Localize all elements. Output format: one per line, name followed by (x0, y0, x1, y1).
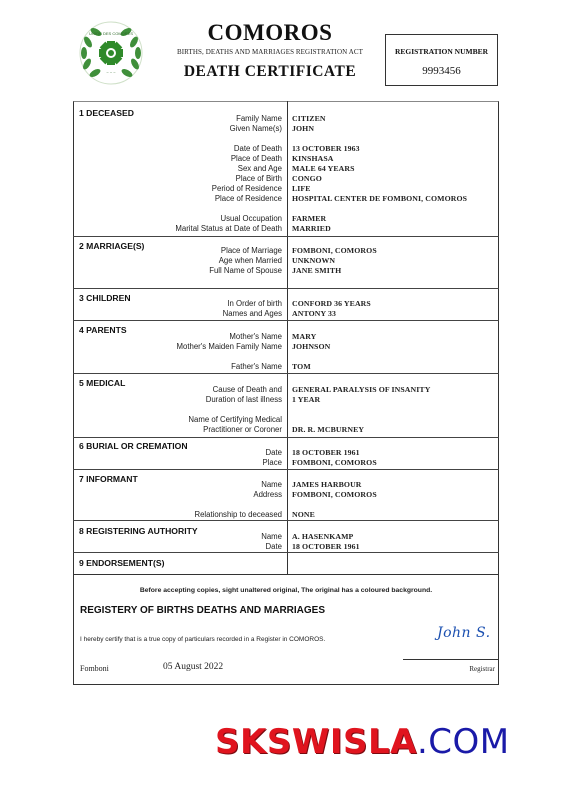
field-label: Given Name(s) (120, 124, 282, 134)
svg-text:~ ~ ~: ~ ~ ~ (106, 70, 116, 75)
row-divider (73, 288, 499, 289)
field-label: Practitioner or Coroner (120, 425, 282, 435)
watermark-suffix: .COM (417, 722, 510, 762)
field-value-burial-place: FOMBONI, COMOROS (292, 458, 377, 468)
watermark: SKSWISLA.COM (215, 722, 510, 762)
field-value-place-of-residence: HOSPITAL CENTER DE FOMBONI, COMOROS (292, 194, 467, 204)
field-label: Place of Birth (120, 174, 282, 184)
field-label: Usual Occupation (120, 214, 282, 224)
field-label: Names and Ages (120, 309, 282, 319)
field-value-place-of-marriage: FOMBONI, COMOROS (292, 246, 377, 256)
coat-of-arms-seal-icon: UNION DES COMORES ~ ~ ~ (78, 20, 144, 86)
field-label: Name (120, 480, 282, 490)
field-value-marital-status: MARRIED (292, 224, 331, 234)
field-label: Father's Name (120, 362, 282, 372)
registration-number-box: REGISTRATION NUMBER 9993456 (385, 34, 498, 86)
field-label: Full Name of Spouse (120, 266, 282, 276)
certification-statement: I hereby certify that is a true copy of … (80, 636, 340, 645)
field-value-age-when-married: UNKNOWN (292, 256, 335, 266)
field-value-registration-date: 18 OCTOBER 1961 (292, 542, 360, 552)
field-value-family-name: CITIZEN (292, 114, 326, 124)
copy-notice: Before accepting copies, sight unaltered… (73, 587, 499, 594)
row-divider (73, 520, 499, 521)
field-value-certifying-practitioner: DR. R. MCBURNEY (292, 425, 364, 435)
svg-text:UNION DES COMORES: UNION DES COMORES (89, 31, 133, 36)
registrar-label: Registrar (400, 665, 495, 673)
field-value-occupation: FARMER (292, 214, 326, 224)
field-value-burial-date: 18 OCTOBER 1961 (292, 448, 360, 458)
field-label: Place of Death (120, 154, 282, 164)
row-divider (73, 469, 499, 470)
field-value-period-of-residence: LIFE (292, 184, 311, 194)
field-label: Place of Residence (120, 194, 282, 204)
field-value-informant-address: FOMBONI, COMOROS (292, 490, 377, 500)
field-value-mother-maiden-name: JOHNSON (292, 342, 330, 352)
field-value-illness-duration: 1 YEAR (292, 395, 320, 405)
field-label: Date (120, 542, 282, 552)
field-value-cause-of-death: GENERAL PARALYSIS OF INSANITY (292, 385, 430, 395)
country-title: COMOROS (160, 20, 380, 46)
field-label: Sex and Age (120, 164, 282, 174)
field-value-informant-name: JAMES HARBOUR (292, 480, 362, 490)
row-divider (73, 552, 499, 553)
field-label: Mother's Name (120, 332, 282, 342)
field-value-spouse: JANE SMITH (292, 266, 341, 276)
field-label: Age when Married (120, 256, 282, 266)
field-value-given-names: JOHN (292, 124, 314, 134)
field-value-place-of-birth: CONGO (292, 174, 322, 184)
registration-act: BIRTHS, DEATHS AND MARRIAGES REGISTRATIO… (160, 48, 380, 56)
field-value-father-name: TOM (292, 362, 311, 372)
signature-line (403, 659, 498, 660)
field-label: Place (120, 458, 282, 468)
row-divider (73, 320, 499, 321)
field-value-registrar-name: A. HASENKAMP (292, 532, 353, 542)
field-label: Period of Residence (120, 184, 282, 194)
document-title: DEATH CERTIFICATE (160, 63, 380, 81)
field-label: Place of Marriage (120, 246, 282, 256)
row-divider (73, 373, 499, 374)
field-value-mother-name: MARY (292, 332, 316, 342)
section-medical-title: 5 MEDICAL (79, 378, 125, 388)
field-label: Relationship to deceased (120, 510, 282, 520)
field-label: Address (120, 490, 282, 500)
field-label: In Order of birth (120, 299, 282, 309)
field-value-date-of-death: 13 OCTOBER 1963 (292, 144, 360, 154)
field-value-place-of-death: KINSHASA (292, 154, 334, 164)
row-divider (73, 437, 499, 438)
field-value-child-1: CONFORD 36 YEARS (292, 299, 371, 309)
field-label: Cause of Death and (120, 385, 282, 395)
registrar-signature: John S. (437, 625, 491, 641)
registration-number-value: 9993456 (386, 65, 497, 77)
row-divider (73, 236, 499, 237)
field-label: Family Name (120, 114, 282, 124)
field-label: Mother's Maiden Family Name (120, 342, 282, 352)
section-endorsements-title: 9 ENDORSEMENT(S) (79, 558, 164, 568)
field-label: Name of Certifying Medical (120, 415, 282, 425)
field-label: Date (120, 448, 282, 458)
field-label: Duration of last illness (120, 395, 282, 405)
issue-place: Fomboni (80, 664, 109, 673)
field-label: Marital Status at Date of Death (120, 224, 282, 234)
column-divider (287, 101, 288, 575)
registration-number-label: REGISTRATION NUMBER (386, 47, 497, 56)
issue-date: 05 August 2022 (163, 662, 223, 672)
field-label: Date of Death (120, 144, 282, 154)
field-value-sex-age: MALE 64 YEARS (292, 164, 355, 174)
field-label: Name (120, 532, 282, 542)
field-value-relationship: NONE (292, 510, 315, 520)
field-value-child-2: ANTONY 33 (292, 309, 336, 319)
watermark-name: SKSWISLA (215, 722, 417, 762)
registry-title: REGISTERY OF BIRTHS DEATHS AND MARRIAGES (80, 605, 325, 616)
